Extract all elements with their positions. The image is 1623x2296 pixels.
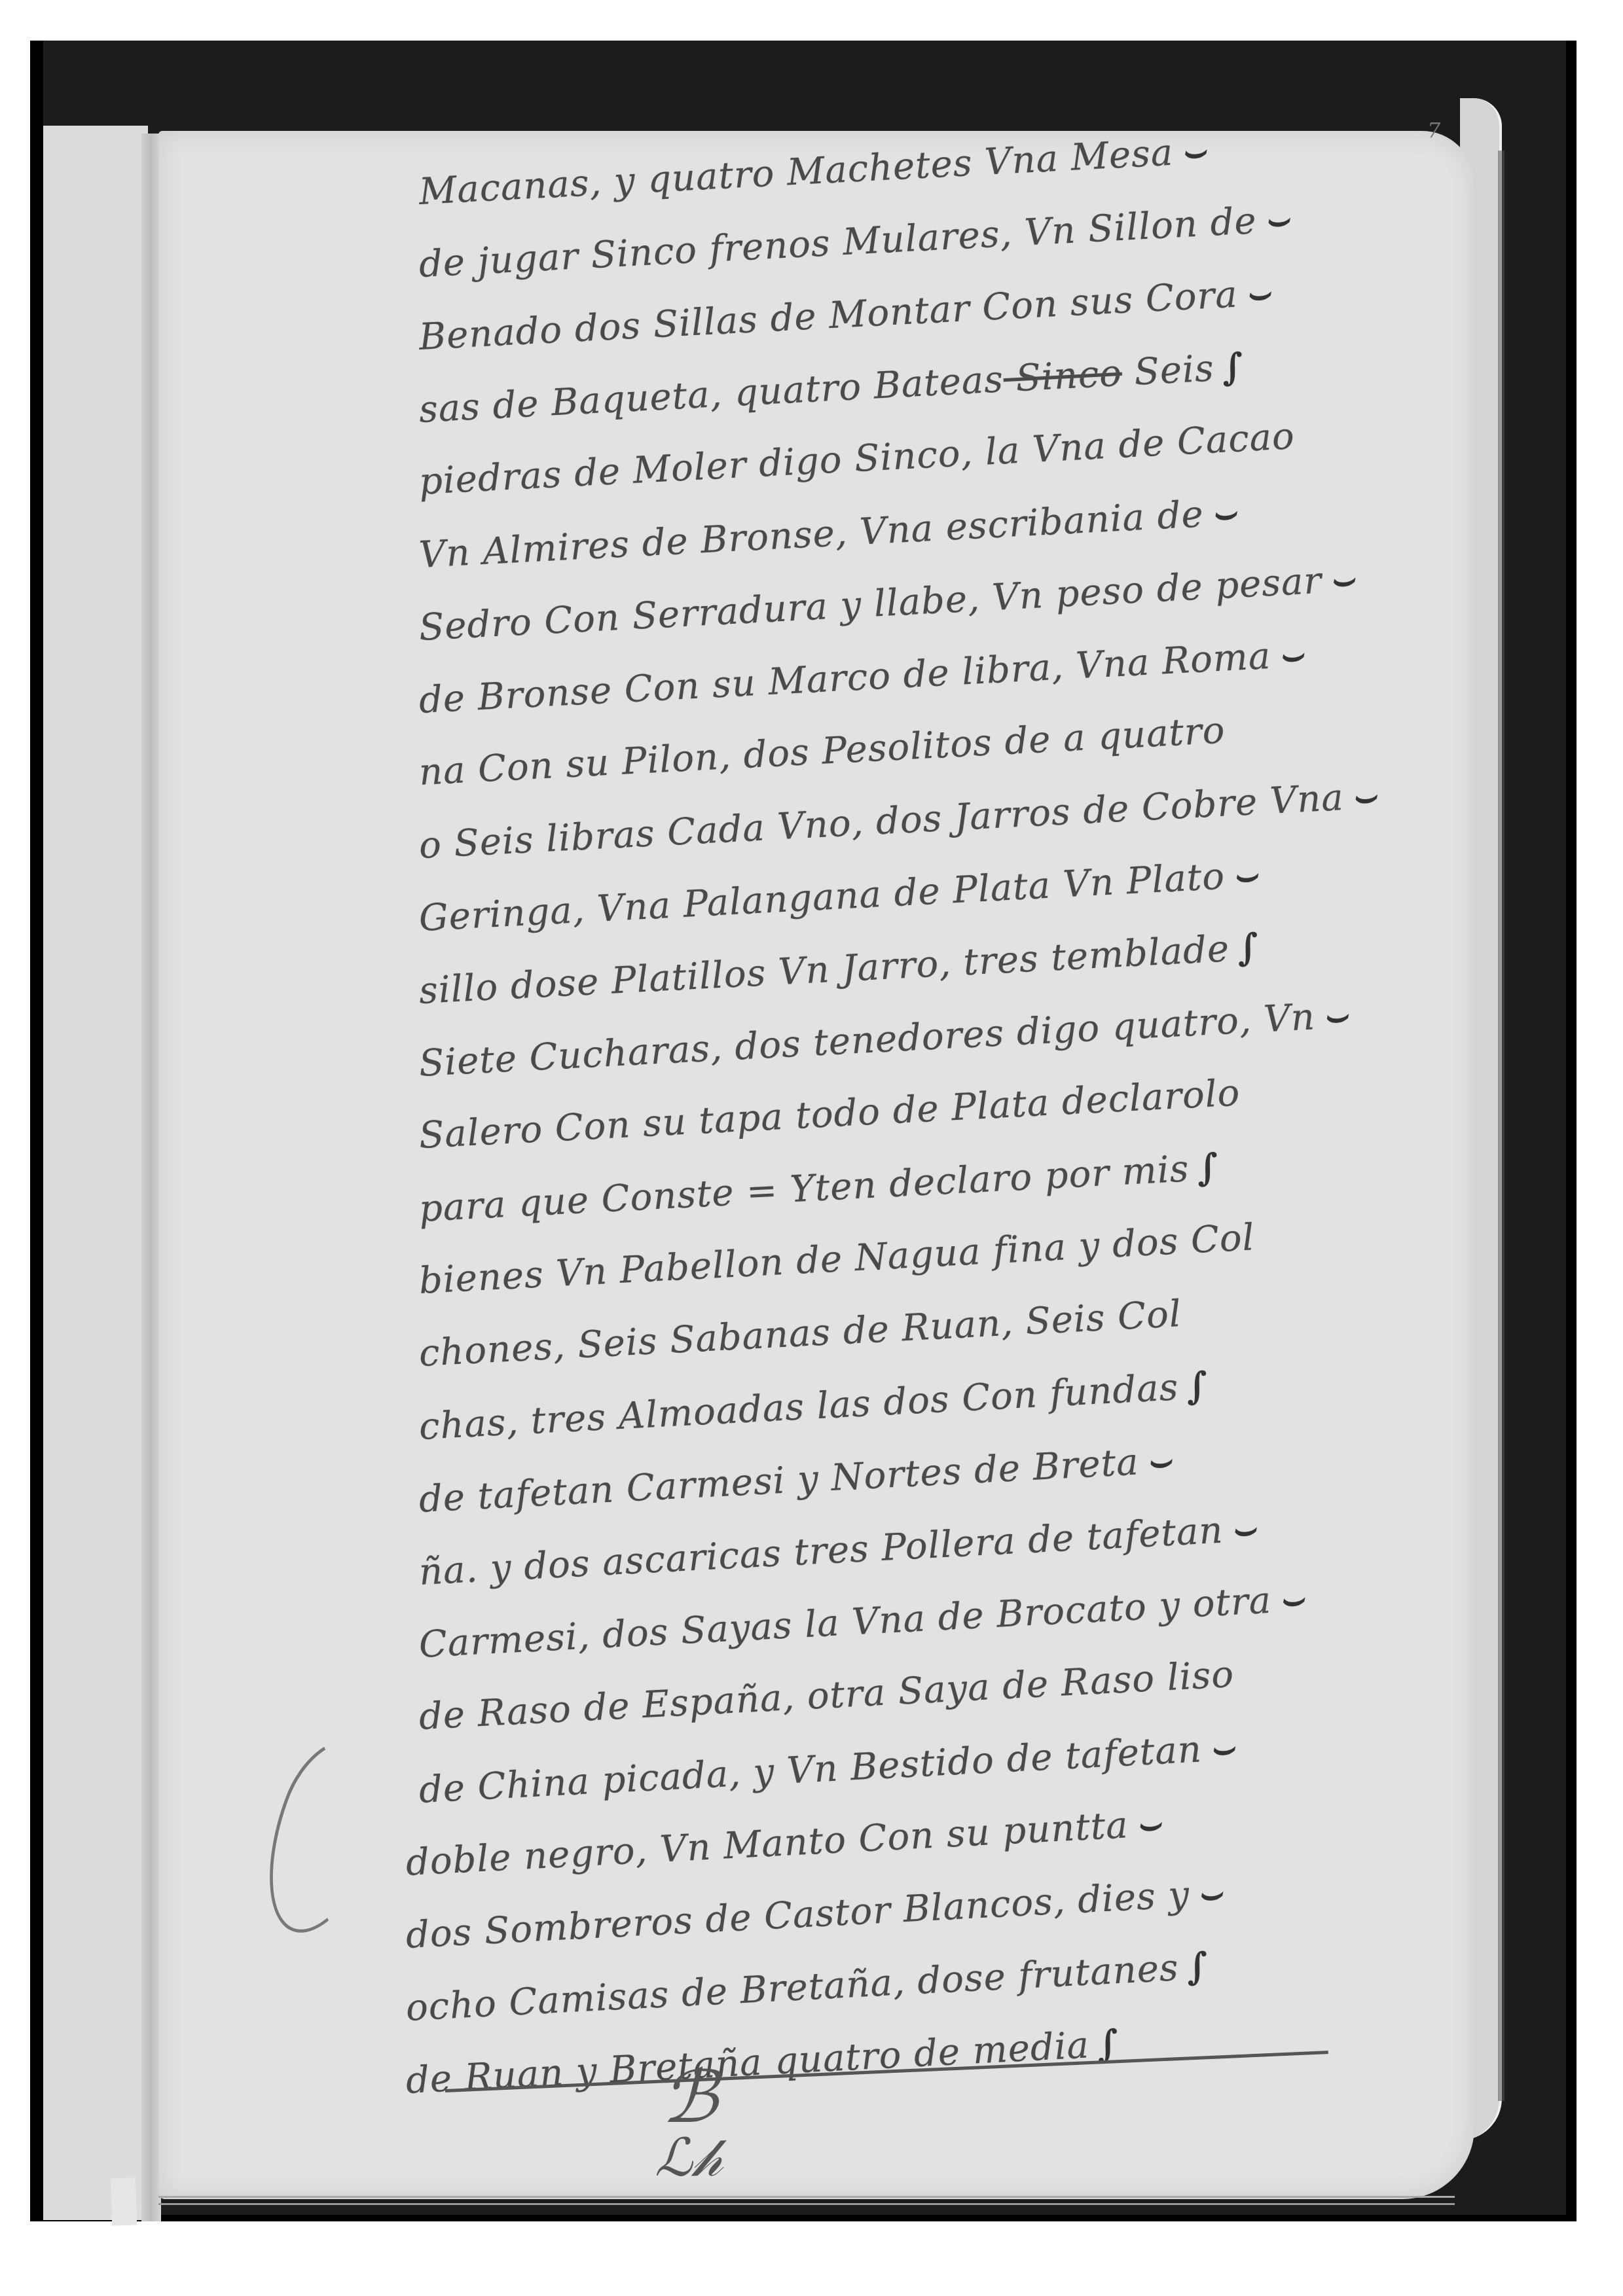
line-text: de jugar Sinco frenos Mulares, Vn Sillon… xyxy=(418,200,1258,286)
correction-word: Seis xyxy=(1121,347,1215,394)
manuscript-line: chones, Seis Sabanas de Ruan, Seis Col xyxy=(418,1290,1231,1375)
line-end-flourish-icon: ⌣ xyxy=(1277,632,1304,677)
manuscript-line: chas, tres Almoadas las dos Con fundas∫ xyxy=(418,1363,1231,1448)
manuscript-line: Geringa, Vna Palangana de Plata Vn Plato… xyxy=(418,854,1231,941)
manuscript-line: sas de Baqueta, quatro Bateas Sinco Seis… xyxy=(418,346,1231,431)
line-text: dos Sombreros de Castor Blancos, dies y xyxy=(405,1873,1190,1957)
line-end-flourish-icon: ∫ xyxy=(1236,925,1260,970)
line-end-flourish-icon: ⌣ xyxy=(1351,774,1377,819)
line-text: na Con su Pilon, dos Pesolitos de a quat… xyxy=(418,709,1226,794)
line-end-flourish-icon: ⌣ xyxy=(1278,1577,1305,1622)
line-text: de Bronse Con su Marco de libra, Vna Rom… xyxy=(418,635,1271,722)
line-text: ña. y dos ascaricas tres Pollera de tafe… xyxy=(418,1509,1224,1594)
manuscript-line: de China picada, y Vn Bestido de tafetan… xyxy=(418,1726,1231,1812)
manuscript-line: ocho Camisas de Bretaña, dose frutanes∫ xyxy=(405,1944,1218,2030)
manuscript-text-block: Macanas, y quatro Machetes Vna Mesa⌣de j… xyxy=(0,0,1623,2296)
line-text: Vn Almires de Bronse, Vna escribania de xyxy=(418,493,1205,577)
closing-rubric-lower: ℒ𝒽 xyxy=(655,2127,723,2189)
line-end-flourish-icon: ⌣ xyxy=(1146,1439,1173,1484)
line-text: piedras de Moler digo Sinco, la Vna de C… xyxy=(418,415,1296,503)
manuscript-line: bienes Vn Pabellon de Nagua fina y dos C… xyxy=(418,1217,1231,1302)
line-text: Geringa, Vna Palangana de Plata Vn Plato xyxy=(418,855,1226,940)
manuscript-line: de Raso de España, otra Saya de Raso lis… xyxy=(418,1653,1231,1738)
manuscript-line: de tafetan Carmesi y Nortes de Breta⌣ xyxy=(418,1435,1231,1522)
line-end-flourish-icon: ⌣ xyxy=(1322,994,1349,1039)
line-end-flourish-icon: ∫ xyxy=(1196,1145,1220,1190)
line-end-flourish-icon: ⌣ xyxy=(1180,129,1207,174)
manuscript-line: Siete Cucharas, dos tenedores digo quatr… xyxy=(418,999,1231,1086)
line-text: de tafetan Carmesi y Nortes de Breta xyxy=(418,1441,1140,1521)
line-text: chas, tres Almoadas las dos Con fundas xyxy=(418,1366,1179,1448)
line-end-flourish-icon: ⌣ xyxy=(1245,271,1271,316)
manuscript-line: Sedro Con Serradura y llabe, Vn peso de … xyxy=(418,564,1231,650)
page-bottom-worn-edge xyxy=(158,2196,1455,2205)
line-text: chones, Seis Sabanas de Ruan, Seis Col xyxy=(418,1293,1182,1375)
line-text: Macanas, y quatro Machetes Vna Mesa xyxy=(418,132,1174,213)
line-end-flourish-icon: ⌣ xyxy=(1264,197,1290,242)
line-end-flourish-icon: ⌣ xyxy=(1196,1871,1223,1916)
line-end-flourish-icon: ⌣ xyxy=(1231,853,1258,898)
line-text: doble negro, Vn Manto Con su puntta xyxy=(405,1804,1129,1884)
line-text: Siete Cucharas, dos tenedores digo quatr… xyxy=(418,996,1316,1085)
manuscript-line: sillo dose Platillos Vn Jarro, tres temb… xyxy=(418,927,1231,1013)
line-text: sillo dose Platillos Vn Jarro, tres temb… xyxy=(418,927,1230,1013)
manuscript-line: Benado dos Sillas de Montar Con sus Cora… xyxy=(418,273,1231,359)
manuscript-line: para que Conste = Yten declaro por mis∫ xyxy=(418,1145,1231,1230)
manuscript-line: Vn Almires de Bronse, Vna escribania de⌣ xyxy=(418,491,1231,577)
line-text: de Ruan y Bretaña quatro de media xyxy=(405,2024,1090,2102)
line-text: Carmesi, dos Sayas la Vna de Brocato y o… xyxy=(418,1579,1272,1666)
manuscript-line: Macanas, y quatro Machetes Vna Mesa⌣ xyxy=(418,128,1231,214)
line-text: Benado dos Sillas de Montar Con sus Cora xyxy=(418,274,1239,359)
manuscript-line: doble negro, Vn Manto Con su puntta⌣ xyxy=(405,1799,1218,1885)
struck-word: Sinco xyxy=(1002,352,1123,401)
line-text: Salero Con su tapa todo de Plata declaro… xyxy=(418,1071,1241,1157)
line-end-flourish-icon: ⌣ xyxy=(1328,557,1355,602)
manuscript-line: de Ruan y Bretaña quatro de media∫ xyxy=(405,2017,1218,2102)
manuscript-line: dos Sombreros de Castor Blancos, dies y⌣ xyxy=(405,1871,1218,1958)
manuscript-line: na Con su Pilon, dos Pesolitos de a quat… xyxy=(418,709,1231,794)
manuscript-line: ña. y dos ascaricas tres Pollera de tafe… xyxy=(418,1508,1231,1594)
line-end-flourish-icon: ⌣ xyxy=(1211,491,1237,536)
manuscript-line: Carmesi, dos Sayas la Vna de Brocato y o… xyxy=(418,1581,1231,1667)
line-text: de Raso de España, otra Saya de Raso lis… xyxy=(418,1653,1235,1738)
line-text: ocho Camisas de Bretaña, dose frutanes xyxy=(405,1946,1180,2030)
line-text: o Seis libras Cada Vno, dos Jarros de Co… xyxy=(418,776,1345,867)
closing-rubric: ℬ xyxy=(661,2055,718,2139)
line-end-flourish-icon: ⌣ xyxy=(1230,1507,1256,1552)
line-text: de China picada, y Vn Bestido de tafetan xyxy=(418,1728,1203,1812)
manuscript-line: piedras de Moler digo Sinco, la Vna de C… xyxy=(418,418,1231,503)
line-end-flourish-icon: ∫ xyxy=(1221,345,1245,389)
line-end-flourish-icon: ⌣ xyxy=(1209,1726,1235,1771)
line-end-flourish-icon: ∫ xyxy=(1186,1945,1210,1989)
manuscript-line: de Bronse Con su Marco de libra, Vna Rom… xyxy=(418,636,1231,723)
line-text: bienes Vn Pabellon de Nagua fina y dos C… xyxy=(418,1216,1256,1302)
line-end-flourish-icon: ∫ xyxy=(1185,1364,1209,1408)
line-end-flourish-icon: ⌣ xyxy=(1135,1802,1162,1847)
line-text: sas de Baqueta, quatro Bateas xyxy=(418,358,1004,431)
line-text: para que Conste = Yten declaro por mis xyxy=(418,1147,1190,1230)
manuscript-line: de jugar Sinco frenos Mulares, Vn Sillon… xyxy=(418,200,1231,287)
manuscript-line: o Seis libras Cada Vno, dos Jarros de Co… xyxy=(418,781,1231,868)
line-text: Sedro Con Serradura y llabe, Vn peso de … xyxy=(418,560,1322,649)
manuscript-line: Salero Con su tapa todo de Plata declaro… xyxy=(418,1072,1231,1157)
